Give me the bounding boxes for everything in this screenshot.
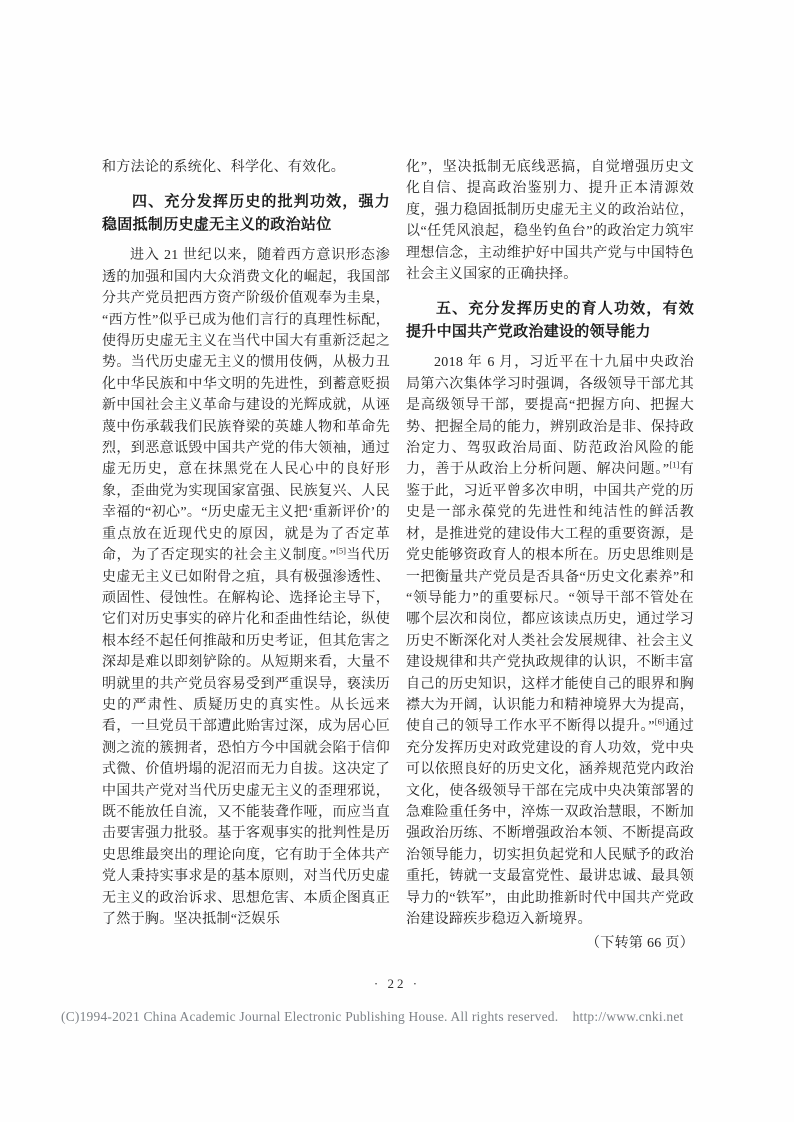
left-column: 和方法论的系统化、科学化、有效化。四、充分发挥历史的批判功效，强力稳固抵制历史虚… (102, 157, 390, 955)
citation-superscript: [1] (669, 460, 679, 470)
paragraph: 2018 年 6 月，习近平在十九届中央政治局第六次集体学习时强调，各级领导干部… (406, 352, 694, 930)
paragraph: 化”，坚决抵制无底线恶搞，自觉增强历史文化自信、提高政治鉴别力、提升正本清源效度… (406, 157, 694, 285)
citation-superscript: [5] (336, 545, 346, 555)
two-column-text-block: 和方法论的系统化、科学化、有效化。四、充分发挥历史的批判功效，强力稳固抵制历史虚… (102, 157, 694, 955)
page-number: · 22 · (0, 976, 794, 992)
section-heading: 五、充分发挥历史的育人功效，有效提升中国共产党政治建设的领导能力 (406, 297, 694, 343)
right-column: 化”，坚决抵制无底线恶搞，自觉增强历史文化自信、提高政治鉴别力、提升正本清源效度… (406, 157, 694, 955)
journal-page: 和方法论的系统化、科学化、有效化。四、充分发挥历史的批判功效，强力稳固抵制历史虚… (0, 0, 794, 1122)
paragraph: 和方法论的系统化、科学化、有效化。 (102, 157, 390, 178)
continuation-note: （下转第 66 页） (406, 933, 694, 954)
citation-superscript: [6] (655, 717, 665, 727)
paragraph: 进入 21 世纪以来，随着西方意识形态渗透的加强和国内大众消费文化的崛起，我国部… (102, 245, 390, 930)
section-heading: 四、充分发挥历史的批判功效，强力稳固抵制历史虚无主义的政治站位 (102, 190, 390, 236)
copyright-notice: (C)1994-2021 China Academic Journal Elec… (61, 1009, 684, 1025)
